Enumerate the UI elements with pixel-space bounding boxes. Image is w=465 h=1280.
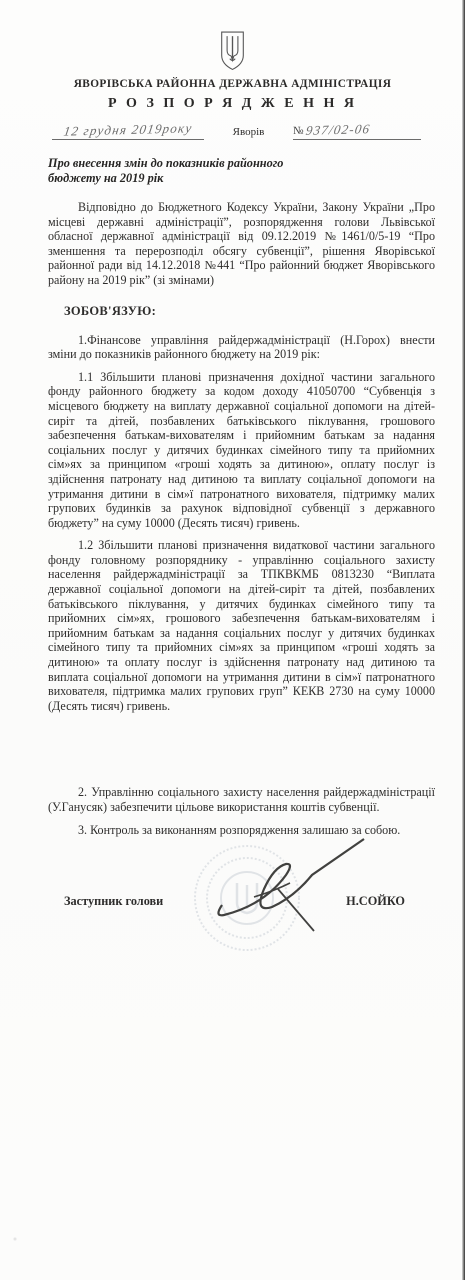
preamble-paragraph: Відповідно до Бюджетного Кодексу України…: [48, 200, 435, 288]
document-type-title: Р О З П О Р Я Д Ж Е Н Н Я: [0, 96, 465, 112]
organization-name: ЯВОРІВСЬКА РАЙОННА ДЕРЖАВНА АДМІНІСТРАЦІ…: [20, 78, 445, 90]
oblige-heading: ЗОБОВ'ЯЗУЮ:: [64, 304, 465, 319]
body-section: 1.Фінансове управління райдержадміністра…: [48, 333, 435, 838]
date-field: 12 грудня 2019року: [52, 122, 204, 140]
scanned-document-page: ЯВОРІВСЬКА РАЙОННА ДЕРЖАВНА АДМІНІСТРАЦІ…: [0, 0, 465, 1280]
paragraph-1-2: 1.2 Збільшити планові призначення видатк…: [48, 538, 435, 713]
scan-noise-artifact: [6, 1230, 36, 1260]
preamble-section: Відповідно до Бюджетного Кодексу України…: [48, 200, 435, 288]
pen-signature: [194, 831, 374, 941]
place-name: Яворів: [204, 126, 293, 140]
signature-block: Заступник голови Н.СОЙКО: [64, 871, 405, 931]
paragraph-1-1: 1.1 Збільшити планові призначення дохідн…: [48, 370, 435, 531]
handwritten-date: 12 грудня 2019року: [62, 120, 193, 139]
blank-gap: [48, 721, 435, 785]
ukraine-trident-coat-of-arms-icon: [219, 30, 246, 72]
handwritten-document-number: 937/02-06: [305, 121, 372, 139]
date-place-number-row: 12 грудня 2019року Яворів № 937/02-06: [52, 122, 421, 140]
paragraph-2: 2. Управлінню соціального захисту населе…: [48, 785, 435, 814]
document-subject: Про внесення змін до показників районног…: [48, 156, 315, 186]
number-sign: №: [293, 125, 304, 137]
signer-title: Заступник голови: [64, 894, 163, 909]
document-number-field: № 937/02-06: [293, 122, 421, 140]
signer-name: Н.СОЙКО: [346, 894, 405, 909]
paragraph-1: 1.Фінансове управління райдержадміністра…: [48, 333, 435, 362]
